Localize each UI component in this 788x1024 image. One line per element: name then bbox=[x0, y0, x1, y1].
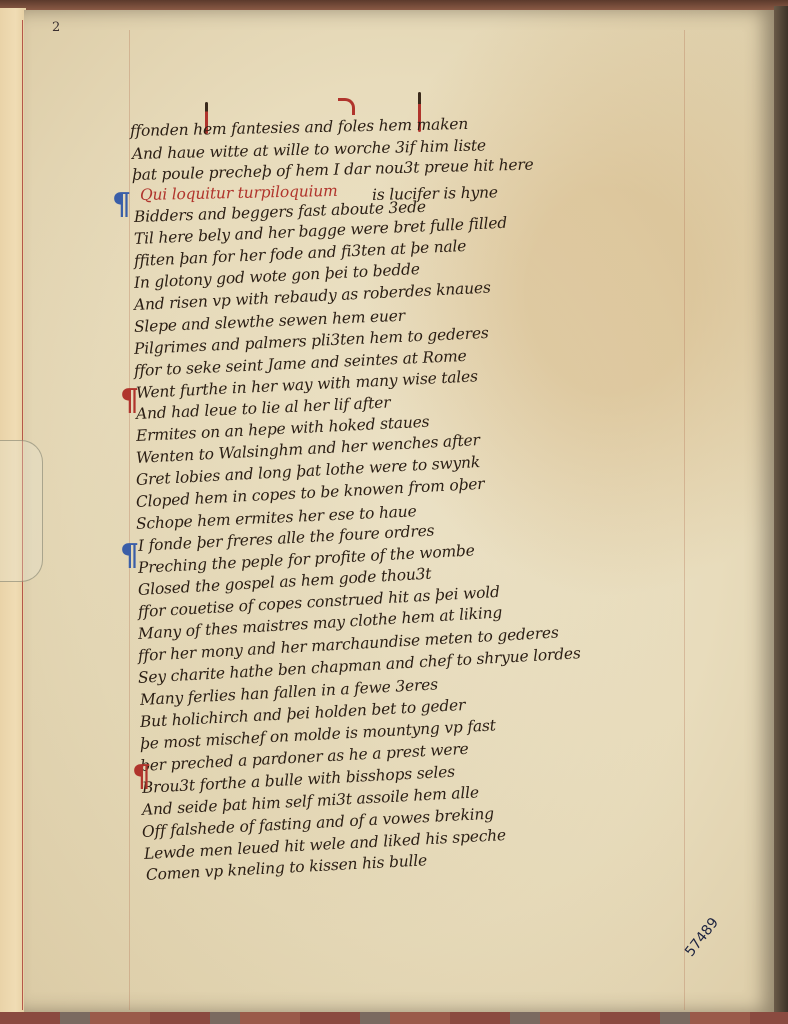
margin-ruling-left bbox=[129, 30, 130, 1010]
margin-ruling-right bbox=[684, 30, 685, 1010]
binding-top-edge bbox=[0, 0, 788, 10]
paraph-mark-icon: ¶ bbox=[112, 190, 131, 220]
paraph-mark-icon: ¶ bbox=[120, 541, 139, 571]
paraph-mark-icon: ¶ bbox=[120, 386, 139, 416]
binding-bottom-edge bbox=[0, 1012, 788, 1024]
page-clip bbox=[0, 440, 43, 582]
decorated-ascender-hook bbox=[338, 98, 355, 115]
paraph-mark-icon: ¶ bbox=[132, 762, 151, 792]
folio-number: 2 bbox=[52, 20, 60, 35]
binding-right-edge bbox=[774, 6, 788, 1016]
